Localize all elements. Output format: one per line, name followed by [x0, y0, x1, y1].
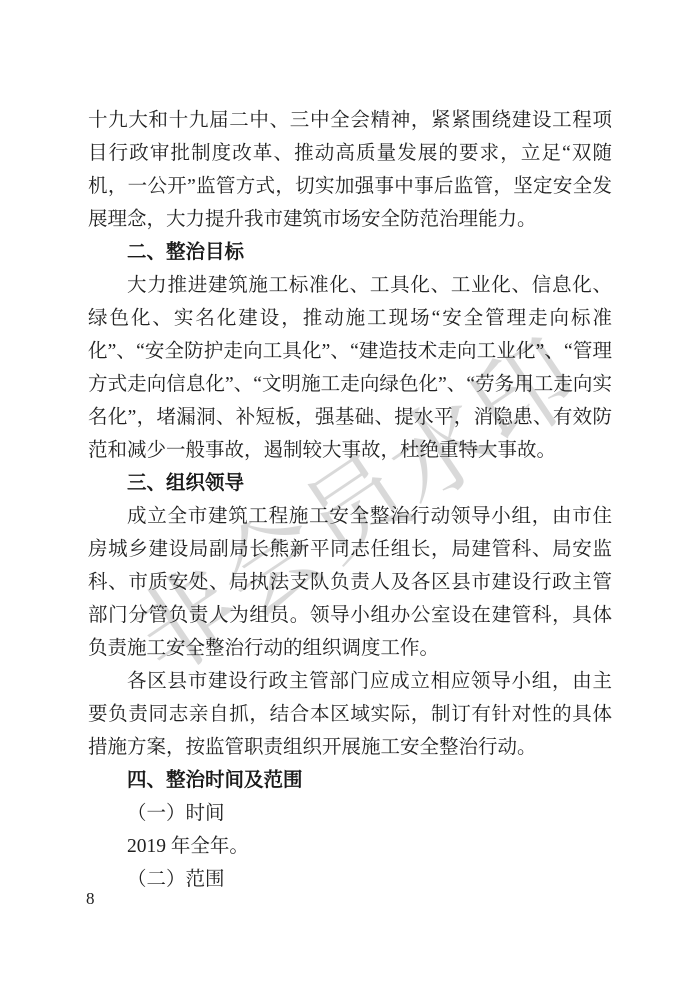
section-heading-2-objectives: 二、整治目标 — [88, 236, 612, 269]
document-content: 十九大和十九届二中、三中全会精神，紧紧围绕建设工程项目行政审批制度改革、推动高质… — [88, 104, 612, 896]
section-heading-4-time-scope: 四、整治时间及范围 — [88, 764, 612, 797]
paragraph-district-requirements: 各区县市建设行政主管部门应成立相应领导小组，由主要负责同志亲自抓，结合本区域实际… — [88, 665, 612, 764]
subitem-time-value: 2019 年全年。 — [88, 830, 612, 863]
page-number: 8 — [86, 889, 95, 909]
subitem-scope-label: （二）范围 — [88, 863, 612, 896]
paragraph-leadership-group: 成立全市建筑工程施工安全整治行动领导小组，由市住房城乡建设局副局长熊新平同志任组… — [88, 500, 612, 665]
subitem-time-label: （一）时间 — [88, 797, 612, 830]
paragraph-objectives: 大力推进建筑施工标准化、工具化、工业化、信息化、绿色化、实名化建设，推动施工现场… — [88, 269, 612, 467]
section-heading-3-leadership: 三、组织领导 — [88, 467, 612, 500]
paragraph-continuation: 十九大和十九届二中、三中全会精神，紧紧围绕建设工程项目行政审批制度改革、推动高质… — [88, 104, 612, 236]
document-page: 非会员水印 十九大和十九届二中、三中全会精神，紧紧围绕建设工程项目行政审批制度改… — [0, 0, 700, 990]
